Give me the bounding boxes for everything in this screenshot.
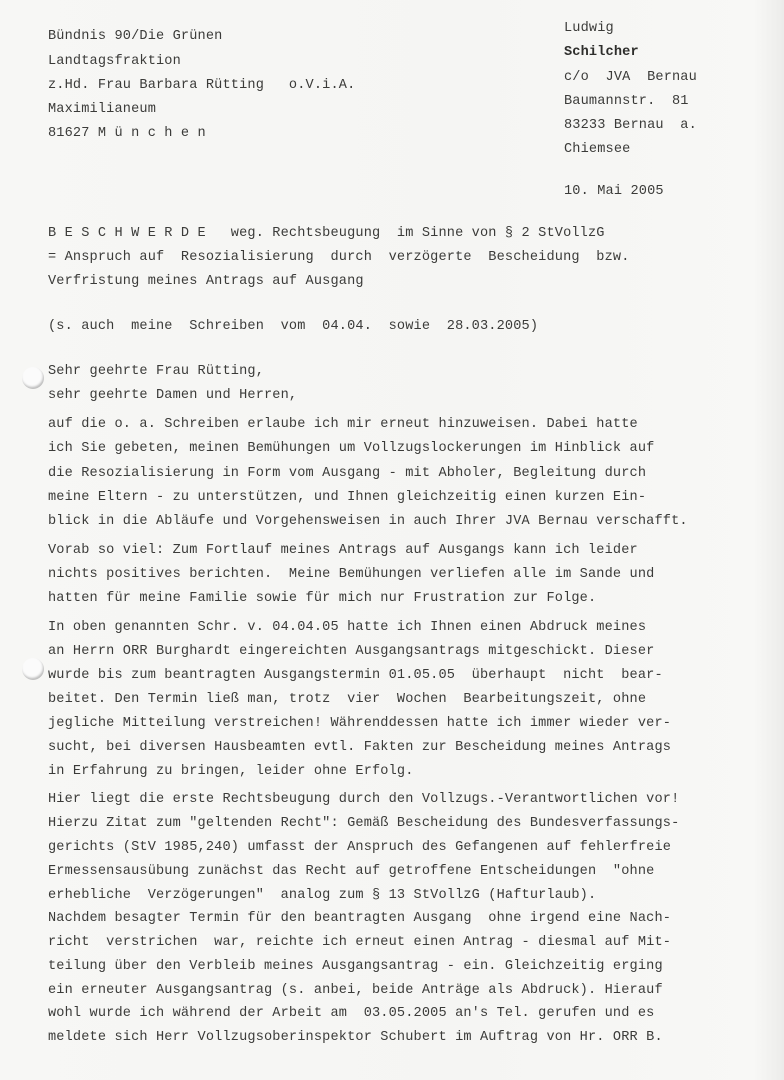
page-edge-shadow [754,0,784,1080]
recipient-line: z.Hd. Frau Barbara Rütting o.V.i.A. [48,78,355,94]
recipient-city: 81627 M ü n c h e n [48,126,206,142]
reference-line: (s. auch meine Schreiben vom 04.04. sowi… [48,319,538,335]
sender-last-name: Schilcher [564,45,639,61]
body-line: teilung über den Verbleib meines Ausgang… [48,959,663,975]
body-line: nichts positives berichten. Meine Bemühu… [48,567,654,583]
sender-address-line: Baumannstr. 81 [564,94,689,110]
body-line: erhebliche Verzögerungen" analog zum § 1… [48,888,596,904]
body-line: beitet. Den Termin ließ man, trotz vier … [48,692,646,708]
body-line: Vorab so viel: Zum Fortlauf meines Antra… [48,543,638,559]
body-line: wohl wurde ich während der Arbeit am 03.… [48,1006,654,1022]
body-line: blick in die Abläufe und Vorgehensweisen… [48,514,688,530]
body-line: sucht, bei diversen Hausbeamten evtl. Fa… [48,740,671,756]
body-line: hatten für meine Familie sowie für mich … [48,591,596,607]
letter-page: Bündnis 90/Die Grünen Landtagsfraktion z… [0,0,784,1080]
body-line: jegliche Mitteilung verstreichen! Währen… [48,716,671,732]
body-line: richt verstrichen war, reichte ich erneu… [48,935,671,951]
body-line: Hierzu Zitat zum "geltenden Recht": Gemä… [48,816,679,832]
body-line: die Resozialisierung in Form vom Ausgang… [48,466,646,482]
punch-hole-top [22,367,44,389]
subject-line: = Anspruch auf Resozialisierung durch ve… [48,250,630,266]
body-line: wurde bis zum beantragten Ausgangstermin… [48,668,663,684]
recipient-line: Landtagsfraktion [48,54,181,70]
body-line: Ermessensausübung zunächst das Recht auf… [48,864,654,880]
sender-first-name: Ludwig [564,21,614,37]
body-line: in Erfahrung zu bringen, leider ohne Erf… [48,764,414,780]
sender-address-line: c/o JVA Bernau [564,70,697,86]
body-line: an Herrn ORR Burghardt eingereichten Aus… [48,644,654,660]
sender-address-line: Chiemsee [564,142,630,158]
recipient-line: Maximilianeum [48,102,156,118]
sender-address-line: 83233 Bernau a. [564,118,697,134]
recipient-line: Bündnis 90/Die Grünen [48,29,222,45]
letter-date: 10. Mai 2005 [564,184,664,200]
salutation-line: Sehr geehrte Frau Rütting, [48,364,264,380]
body-line: Hier liegt die erste Rechtsbeugung durch… [48,792,679,808]
body-line: meldete sich Herr Vollzugsoberinspektor … [48,1030,663,1046]
body-line: In oben genannten Schr. v. 04.04.05 hatt… [48,620,646,636]
subject-line: B E S C H W E R D E weg. Rechtsbeugung i… [48,226,605,242]
body-line: meine Eltern - zu unterstützen, und Ihne… [48,490,646,506]
body-line: ein erneuter Ausgangsantrag (s. anbei, b… [48,983,663,999]
subject-line: Verfristung meines Antrags auf Ausgang [48,274,364,290]
body-line: ich Sie gebeten, meinen Bemühungen um Vo… [48,441,654,457]
body-line: Nachdem besagter Termin für den beantrag… [48,911,671,927]
body-line: gerichts (StV 1985,240) umfasst der Ansp… [48,840,671,856]
punch-hole-bottom [22,658,44,680]
body-line: auf die o. a. Schreiben erlaube ich mir … [48,417,638,433]
salutation-line: sehr geehrte Damen und Herren, [48,388,297,404]
